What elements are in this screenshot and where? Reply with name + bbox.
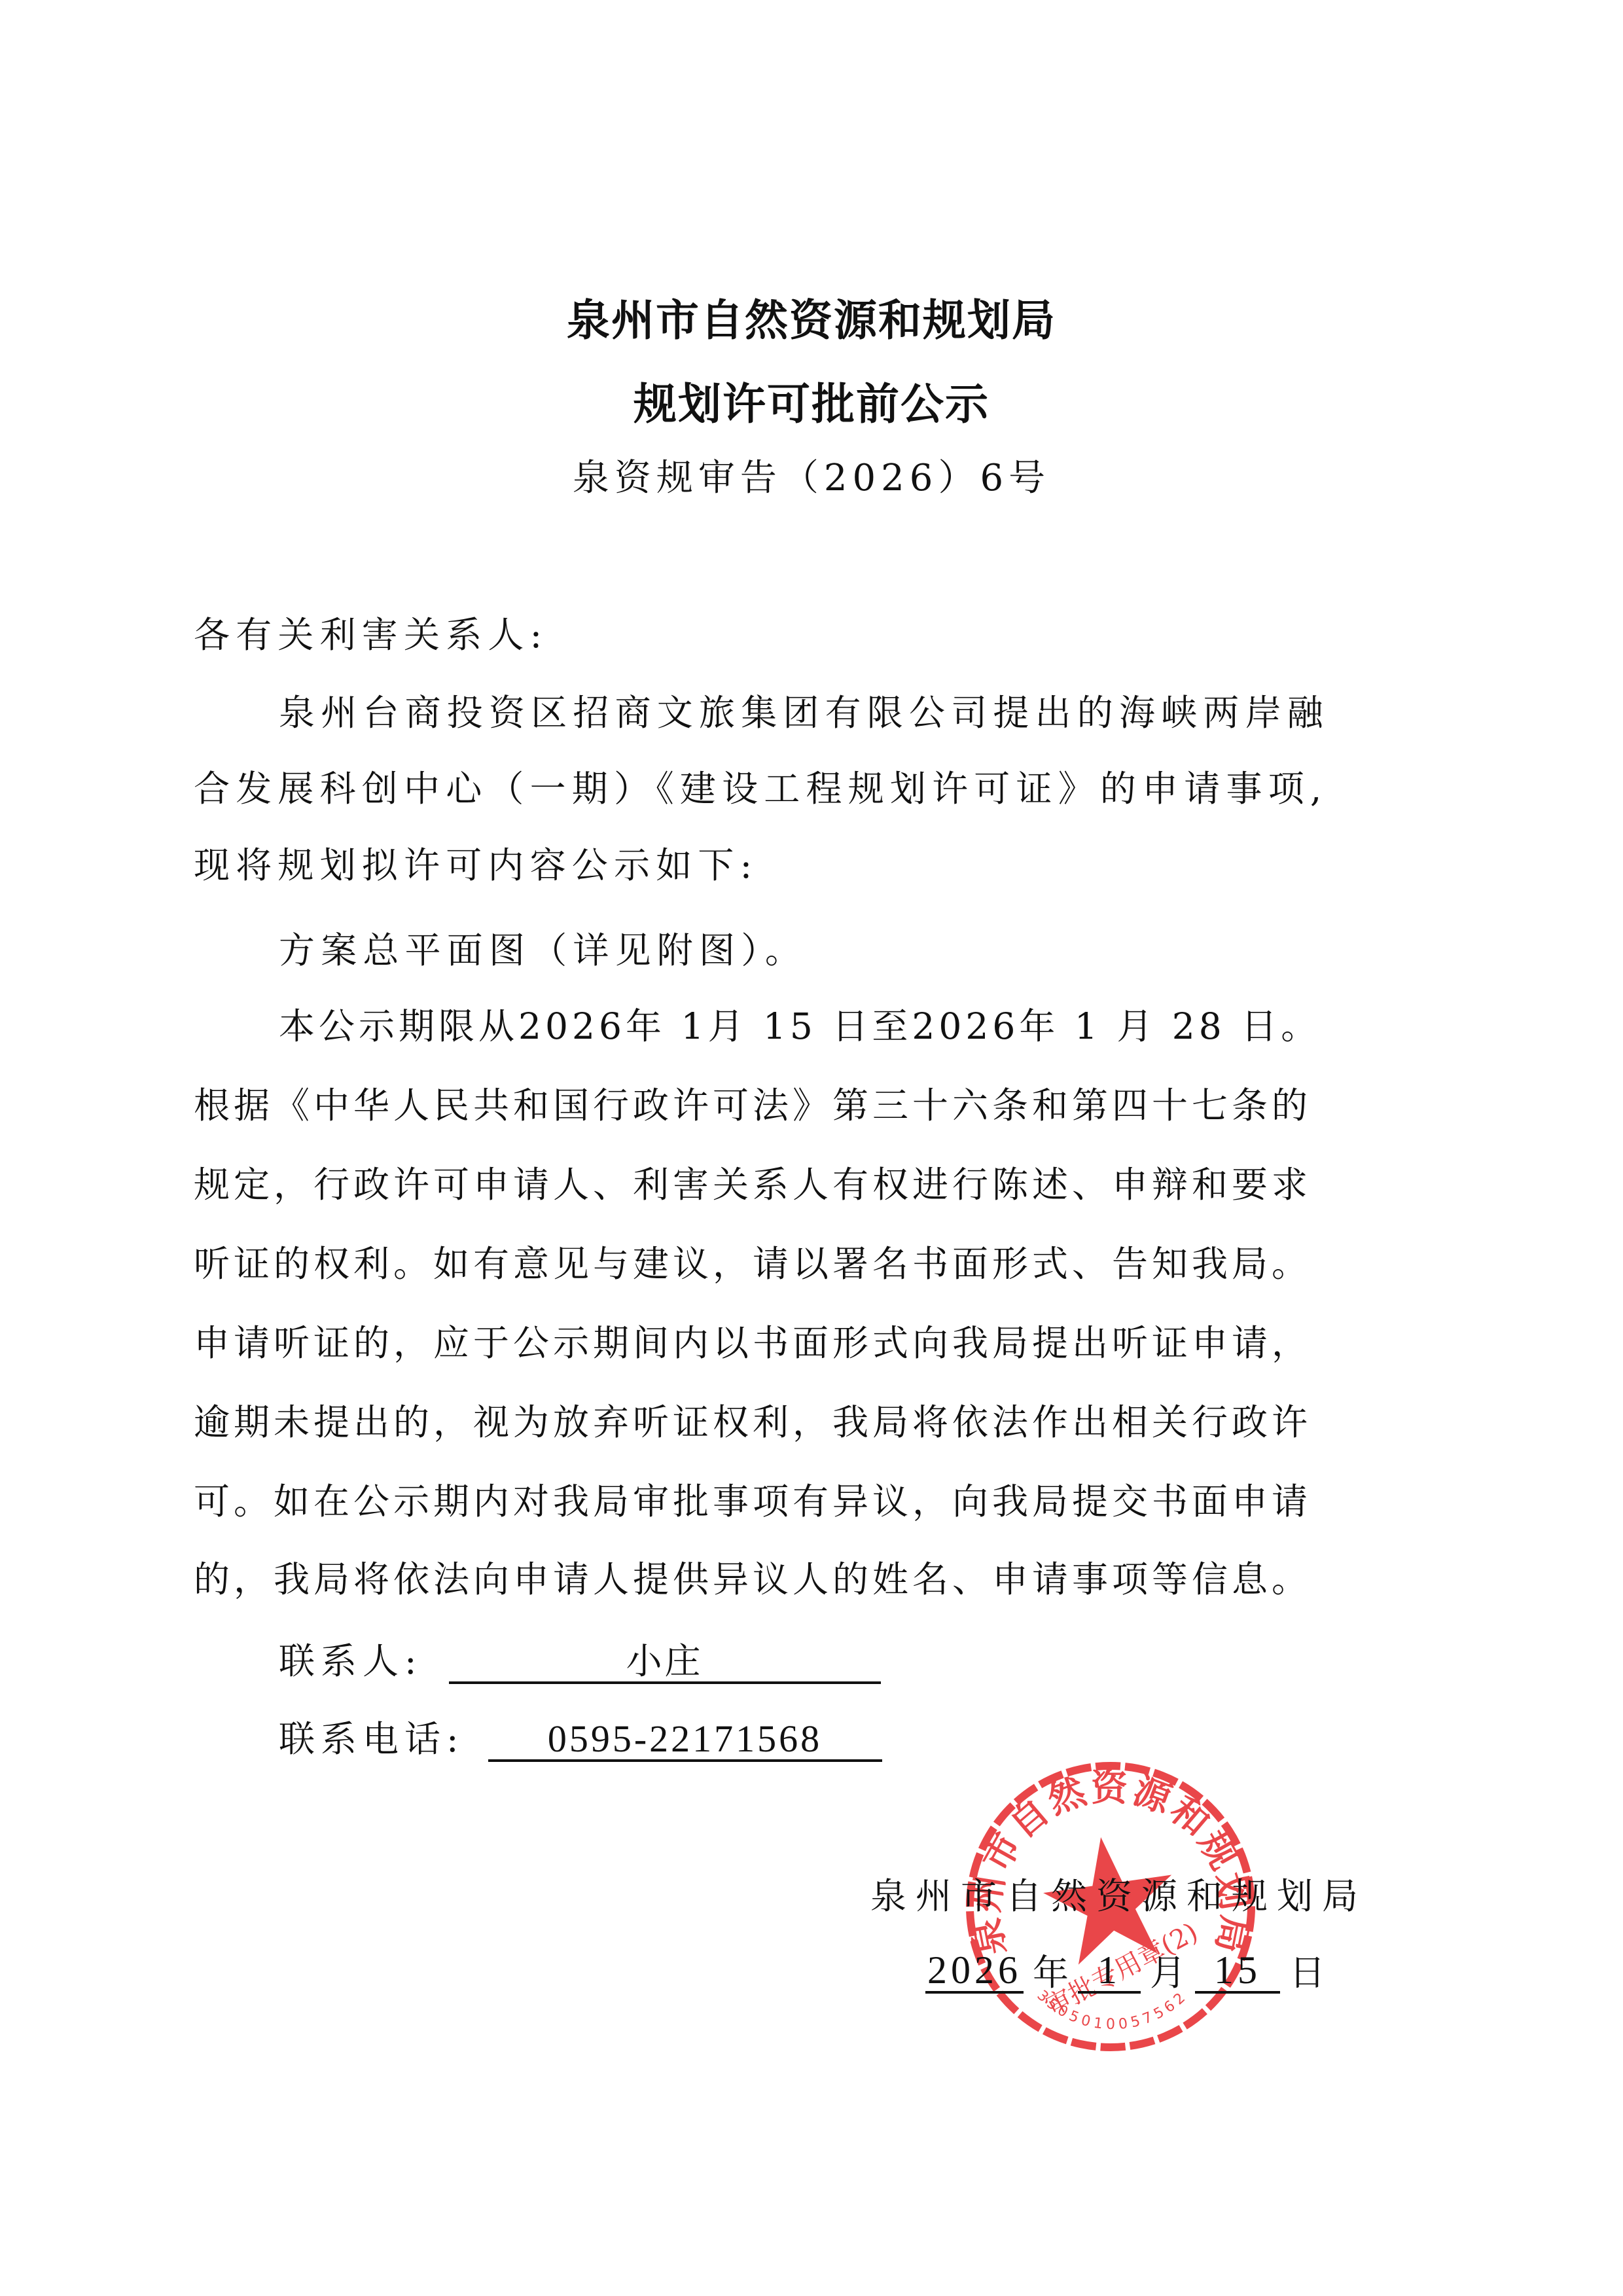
salutation: 各有关利害关系人: bbox=[194, 612, 1398, 658]
paragraph3-line2: 根据《中华人民共和国行政许可法》第三十六条和第四十七条的 bbox=[194, 1083, 1398, 1128]
document-page: 泉州市自然资源和规划局 规划许可批前公示 泉资规审告（2026）6号 各有关利害… bbox=[0, 0, 1623, 2296]
date-month: 1 bbox=[1078, 1949, 1141, 1994]
contact-phone-row: 联系电话: 0595-22171568 bbox=[279, 1716, 882, 1762]
page-title: 泉州市自然资源和规划局 bbox=[0, 285, 1623, 348]
date-day-unit: 日 bbox=[1280, 1952, 1334, 1994]
paragraph3-line8: 的，我局将依法向申请人提供异议人的姓名、申请事项等信息。 bbox=[194, 1556, 1398, 1602]
page-subtitle: 规划许可批前公示 bbox=[0, 369, 1623, 431]
document-number: 泉资规审告（2026）6号 bbox=[0, 449, 1623, 501]
paragraph1-line2: 合发展科创中心（一期）《建设工程规划许可证》的申请事项, bbox=[194, 766, 1398, 812]
date-year-unit: 年 bbox=[1024, 1952, 1078, 1994]
contact-person-row: 联系人: 小庄 bbox=[279, 1638, 881, 1684]
date-year: 2026 bbox=[925, 1949, 1024, 1994]
paragraph3-line3: 规定，行政许可申请人、利害关系人有权进行陈述、申辩和要求 bbox=[194, 1162, 1398, 1208]
paragraph3-line4: 听证的权利。如有意见与建议，请以署名书面形式、告知我局。 bbox=[194, 1241, 1398, 1287]
signature-date: 2026 年 1 月 15 日 bbox=[925, 1949, 1334, 1994]
paragraph1-line3: 现将规划拟许可内容公示如下: bbox=[194, 842, 1398, 888]
paragraph3-line5: 申请听证的，应于公示期间内以书面形式向我局提出听证申请， bbox=[194, 1320, 1398, 1366]
paragraph3-line7: 可。如在公示期内对我局审批事项有异议，向我局提交书面申请 bbox=[194, 1479, 1398, 1524]
contact-person-value: 小庄 bbox=[449, 1641, 881, 1684]
signature-organization: 泉州市自然资源和规划局 bbox=[870, 1873, 1367, 1919]
contact-phone-value: 0595-22171568 bbox=[488, 1719, 882, 1762]
contact-phone-label: 联系电话: bbox=[279, 1716, 465, 1762]
date-day: 15 bbox=[1195, 1949, 1280, 1994]
paragraph1-line1: 泉州台商投资区招商文旅集团有限公司提出的海峡两岸融 bbox=[279, 690, 1399, 736]
paragraph2: 方案总平面图（详见附图）。 bbox=[279, 927, 1483, 973]
date-month-unit: 月 bbox=[1141, 1952, 1195, 1994]
contact-person-label: 联系人: bbox=[279, 1638, 423, 1684]
paragraph3-line6: 逾期未提出的，视为放弃听证权利，我局将依法作出相关行政许 bbox=[194, 1399, 1398, 1445]
paragraph3-line1: 本公示期限从2026年 1月 15 日至2026年 1 月 28 日。 bbox=[279, 1003, 1483, 1049]
